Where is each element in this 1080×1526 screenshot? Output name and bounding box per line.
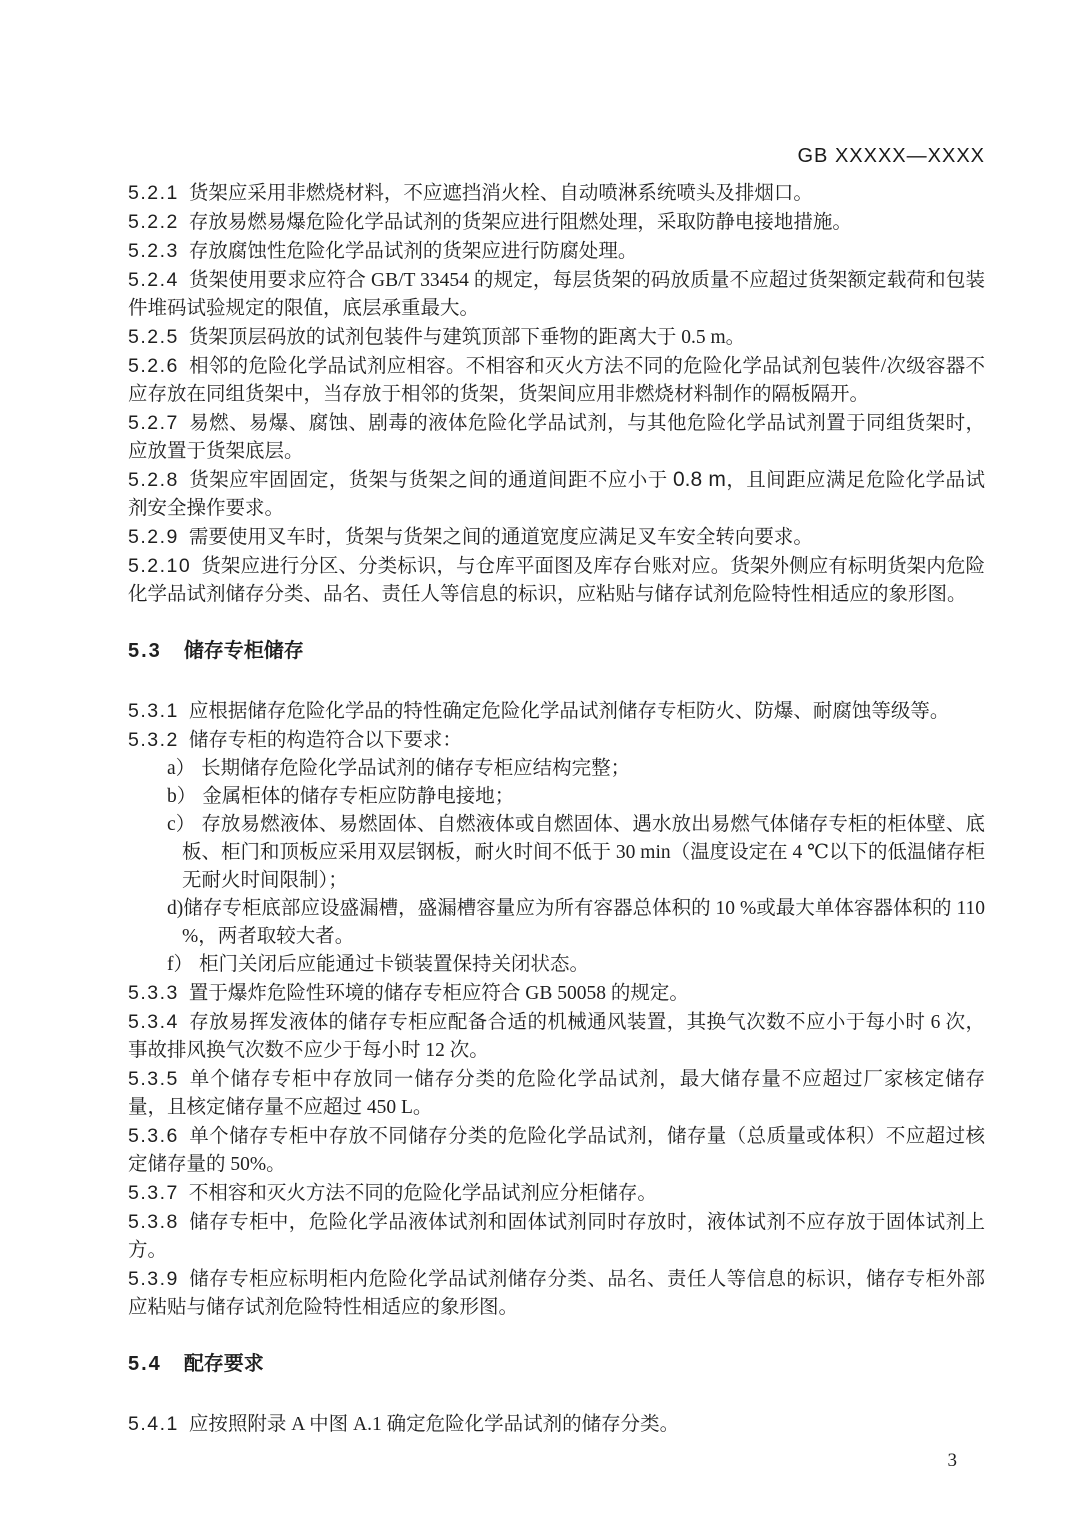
clause-number: 5.3.3 [128,982,179,1004]
clause-5-3-8: 5.3.8储存专柜中，危险化学品液体试剂和固体试剂同时存放时，液体试剂不应存放于… [128,1208,985,1265]
standard-number-header: GB XXXXX—XXXX [128,142,985,170]
clause-text-run: 货架应牢固固定，货架与货架之间的通道间距不应小于 [189,470,673,491]
clause-number: 5.3.9 [128,1268,179,1290]
clause-5-2-8: 5.2.8货架应牢固固定，货架与货架之间的通道间距不应小于 0.8 m，且间距应… [128,466,985,523]
clause-number: 5.3.5 [128,1068,179,1090]
clause-5-3-9: 5.3.9储存专柜应标明柜内危险化学品试剂储存分类、品名、责任人等信息的标识，储… [128,1265,985,1322]
clause-number: 5.2.9 [128,526,179,548]
clause-number: 5.3.8 [128,1211,179,1233]
clause-5-2-3: 5.2.3存放腐蚀性危险化学品试剂的货架应进行防腐处理。 [128,237,985,266]
section-heading-title: 储存专柜储存 [184,640,304,662]
clause-text: 货架顶层码放的试剂包装件与建筑顶部下垂物的距离大于 0.5 m。 [189,327,745,348]
document-page: GB XXXXX—XXXX 5.2.1货架应采用非燃烧材料，不应遮挡消火栓、自动… [0,0,1080,1526]
clause-text: 易燃、易爆、腐蚀、剧毒的液体危险化学品试剂，与其他危险化学品试剂置于同组货架时，… [128,413,985,462]
clause-text: 单个储存专柜中存放不同储存分类的危险化学品试剂，储存量（总质量或体积）不应超过核… [128,1126,985,1175]
clause-5-2-2: 5.2.2存放易燃易爆危险化学品试剂的货架应进行阻燃处理，采取防静电接地措施。 [128,208,985,237]
list-item-d: d)储存专柜底部应设盛漏槽，盛漏槽容量应为所有容器总体积的 10 %或最大单体容… [128,895,985,951]
clause-text: 货架应采用非燃烧材料，不应遮挡消火栓、自动喷淋系统喷头及排烟口。 [189,183,813,204]
clause-text: 存放腐蚀性危险化学品试剂的货架应进行防腐处理。 [189,241,638,262]
list-item-label: f） [167,954,193,975]
clause-number: 5.2.3 [128,240,179,262]
clause-text: 需要使用叉车时，货架与货架之间的通道宽度应满足叉车安全转向要求。 [189,527,813,548]
clause-number: 5.4.1 [128,1413,179,1435]
clause-text: 不相容和灭火方法不同的危险化学品试剂应分柜储存。 [189,1183,657,1204]
clause-5-2-4: 5.2.4货架使用要求应符合 GB/T 33454 的规定，每层货架的码放质量不… [128,266,985,323]
clause-text: 货架使用要求应符合 GB/T 33454 的规定，每层货架的码放质量不应超过货架… [128,270,985,319]
clause-number: 5.3.4 [128,1011,179,1033]
clause-5-3-4: 5.3.4存放易挥发液体的储存专柜应配备合适的机械通风装置，其换气次数不应小于每… [128,1008,985,1065]
clause-5-2-10: 5.2.10货架应进行分区、分类标识，与仓库平面图及库存台账对应。货架外侧应有标… [128,552,985,609]
clause-5-2-1: 5.2.1货架应采用非燃烧材料，不应遮挡消火栓、自动喷淋系统喷头及排烟口。 [128,179,985,208]
clause-5-3-2: 5.3.2储存专柜的构造符合以下要求： [128,726,985,755]
clause-text: 单个储存专柜中存放同一储存分类的危险化学品试剂，最大储存量不应超过厂家核定储存量… [128,1069,985,1118]
list-item-b: b）金属柜体的储存专柜应防静电接地； [128,783,985,811]
clause-text: 储存专柜的构造符合以下要求： [189,730,462,751]
list-item-text: 储存专柜底部应设盛漏槽，盛漏槽容量应为所有容器总体积的 10 %或最大单体容器体… [182,898,985,947]
clause-text: 置于爆炸危险性环境的储存专柜应符合 GB 50058 的规定。 [189,983,689,1004]
clause-5-3-6: 5.3.6单个储存专柜中存放不同储存分类的危险化学品试剂，储存量（总质量或体积）… [128,1122,985,1179]
clause-text: 存放易燃易爆危险化学品试剂的货架应进行阻燃处理，采取防静电接地措施。 [189,212,852,233]
list-item-label: b） [167,786,196,807]
clause-text: 存放易挥发液体的储存专柜应配备合适的机械通风装置，其换气次数不应小于每小时 6 … [128,1012,985,1061]
clause-5-2-7: 5.2.7易燃、易爆、腐蚀、剧毒的液体危险化学品试剂，与其他危险化学品试剂置于同… [128,409,985,466]
clause-text: 货架应进行分区、分类标识，与仓库平面图及库存台账对应。货架外侧应有标明货架内危险… [128,556,985,605]
clause-number: 5.2.1 [128,182,179,204]
list-item-text: 存放易燃液体、易燃固体、自燃液体或自燃固体、遇水放出易燃气体储存专柜的柜体壁、底… [182,814,985,891]
list-item-label: d) [167,898,183,919]
clause-5-3-7: 5.3.7不相容和灭火方法不同的危险化学品试剂应分柜储存。 [128,1179,985,1208]
clause-5-3-1: 5.3.1应根据储存危险化学品的特性确定危险化学品试剂储存专柜防火、防爆、耐腐蚀… [128,697,985,726]
clause-number: 5.2.6 [128,355,179,377]
clause-5-3-5: 5.3.5单个储存专柜中存放同一储存分类的危险化学品试剂，最大储存量不应超过厂家… [128,1065,985,1122]
clause-text: 储存专柜应标明柜内危险化学品试剂储存分类、品名、责任人等信息的标识，储存专柜外部… [128,1269,985,1318]
clause-number: 5.2.8 [128,469,179,491]
clause-5-3-3: 5.3.3置于爆炸危险性环境的储存专柜应符合 GB 50058 的规定。 [128,979,985,1008]
list-item-f: f）柜门关闭后应能通过卡锁装置保持关闭状态。 [128,951,985,979]
list-item-text: 柜门关闭后应能通过卡锁装置保持关闭状态。 [199,954,589,975]
clause-number: 5.3.1 [128,700,179,722]
list-item-label: c） [167,814,195,835]
clause-text: 应按照附录 A 中图 A.1 确定危险化学品试剂的储存分类。 [189,1414,679,1435]
clause-number: 5.2.4 [128,269,179,291]
page-number: 3 [128,1447,985,1475]
clause-number: 5.2.2 [128,211,179,233]
section-heading-5-4: 5.4配存要求 [128,1350,985,1378]
clause-number: 5.3.2 [128,729,179,751]
clause-number: 5.2.7 [128,412,179,434]
clause-text-run: 0.8 m [673,468,726,491]
clause-number: 5.3.7 [128,1182,179,1204]
list-item-a: a）长期储存危险化学品试剂的储存专柜应结构完整； [128,755,985,783]
section-heading-number: 5.3 [128,640,162,662]
clause-5-2-6: 5.2.6相邻的危险化学品试剂应相容。不相容和灭火方法不同的危险化学品试剂包装件… [128,352,985,409]
clause-number: 5.3.6 [128,1125,179,1147]
clause-text: 应根据储存危险化学品的特性确定危险化学品试剂储存专柜防火、防爆、耐腐蚀等级等。 [189,701,950,722]
clause-number: 5.2.10 [128,555,191,577]
section-heading-title: 配存要求 [184,1353,264,1375]
list-item-label: a） [167,758,195,779]
clause-text: 相邻的危险化学品试剂应相容。不相容和灭火方法不同的危险化学品试剂包装件/次级容器… [128,356,985,405]
list-item-text: 长期储存危险化学品试剂的储存专柜应结构完整； [201,758,630,779]
clause-5-2-9: 5.2.9需要使用叉车时，货架与货架之间的通道宽度应满足叉车安全转向要求。 [128,523,985,552]
section-heading-number: 5.4 [128,1353,162,1375]
list-item-c: c）存放易燃液体、易燃固体、自燃液体或自燃固体、遇水放出易燃气体储存专柜的柜体壁… [128,811,985,895]
document-body: 5.2.1货架应采用非燃烧材料，不应遮挡消火栓、自动喷淋系统喷头及排烟口。5.2… [128,179,985,1439]
list-item-text: 金属柜体的储存专柜应防静电接地； [202,786,514,807]
clause-text: 储存专柜中，危险化学品液体试剂和固体试剂同时存放时，液体试剂不应存放于固体试剂上… [128,1212,985,1261]
clause-5-2-5: 5.2.5货架顶层码放的试剂包装件与建筑顶部下垂物的距离大于 0.5 m。 [128,323,985,352]
clause-5-4-1: 5.4.1应按照附录 A 中图 A.1 确定危险化学品试剂的储存分类。 [128,1410,985,1439]
clause-number: 5.2.5 [128,326,179,348]
section-heading-5-3: 5.3储存专柜储存 [128,637,985,665]
